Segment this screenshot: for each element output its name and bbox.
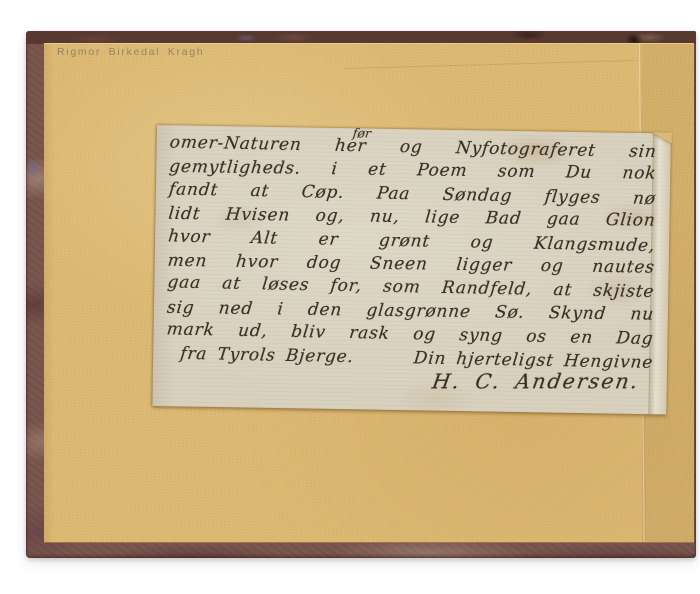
letter-signature: H. C. Andersen. [430,369,641,393]
album-photograph: Rigmor Birkedal Kragh før omer-Naturen h… [0,0,700,594]
album-endpaper-page: Rigmor Birkedal Kragh før omer-Naturen h… [44,43,694,543]
endpaper-fold-line [344,60,634,69]
mounted-handwritten-letter: før omer-Naturen her og Nyfotograferet s… [152,125,671,414]
closing-left-text: fra Tyrols Bjerge. [179,342,355,369]
handwriting-block: omer-Naturen her og Nyfotograferet sin g… [166,132,657,374]
album-cover-marbled: Rigmor Birkedal Kragh før omer-Naturen h… [26,31,696,558]
ownership-stamp: Rigmor Birkedal Kragh [57,46,204,58]
